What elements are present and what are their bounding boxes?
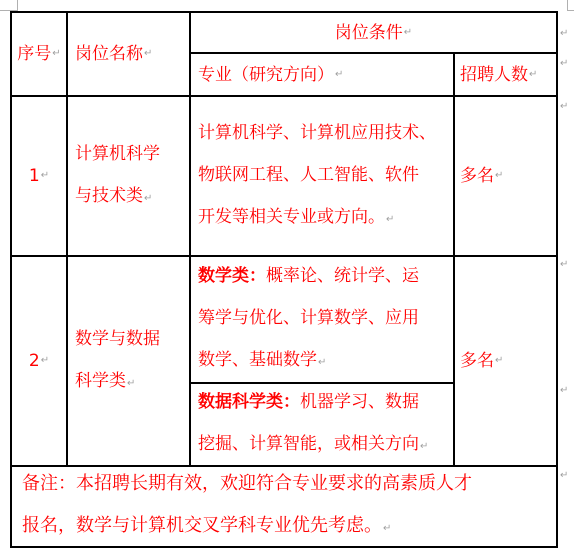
- header-position-name: 岗位名称↵: [75, 13, 189, 95]
- math-major-line: 数学、基础数学: [198, 350, 317, 370]
- paragraph-mark-icon: ↵: [144, 193, 152, 204]
- header-count-text: 招聘人数: [460, 54, 528, 96]
- header-major-text: 专业（研究方向）: [198, 54, 334, 96]
- row2-seq-text: 2: [29, 340, 40, 382]
- paragraph-mark-icon: ↵: [495, 155, 503, 197]
- table-line: [189, 11, 191, 467]
- paragraph-mark-icon: ↵: [404, 12, 412, 54]
- table-line: [453, 52, 455, 467]
- paragraph-mark-icon: ↵: [127, 378, 135, 389]
- row2-name-line2: 科学类: [75, 371, 126, 391]
- row2-name-line1: 数学与数据: [75, 318, 160, 360]
- paragraph-mark-icon: ↵: [41, 155, 49, 197]
- header-seq-text: 序号: [17, 33, 51, 75]
- row-end-mark-icon: ↵: [560, 259, 568, 270]
- header-conditions-text: 岗位条件: [335, 12, 403, 54]
- row2-major-math: 数学类：概率论、统计学、运 筹学与优化、计算数学、应用 数学、基础数学↵: [198, 257, 453, 382]
- header-count: 招聘人数↵: [460, 54, 556, 95]
- header-seq: 序号↵: [12, 13, 66, 95]
- row1-count-text: 多名: [460, 155, 494, 197]
- page-corner-mark-right: [567, 0, 574, 11]
- header-conditions: 岗位条件↵: [191, 13, 556, 52]
- datascience-category-label: 数据科学类：: [198, 392, 300, 412]
- row2-count-text: 多名: [460, 340, 494, 382]
- row-end-mark-icon: ↵: [560, 470, 568, 481]
- row-end-mark-icon: ↵: [560, 28, 568, 39]
- row2-count: 多名↵: [460, 257, 556, 465]
- paragraph-mark-icon: ↵: [383, 523, 391, 534]
- paragraph-mark-icon: ↵: [495, 340, 503, 382]
- math-category-label: 数学类：: [198, 266, 266, 286]
- row1-position-name: 计算机科学 与技术类↵: [75, 97, 189, 255]
- math-major-line: 筹学与优化、计算数学、应用: [198, 297, 419, 339]
- paragraph-mark-icon: ↵: [52, 33, 60, 75]
- row1-seq-text: 1: [29, 155, 40, 197]
- row2-major-datascience: 数据科学类：机器学习、数据 挖掘、计算智能，或相关方向↵: [198, 384, 453, 465]
- row-end-mark-icon: ↵: [560, 58, 568, 69]
- row1-name-line2: 与技术类: [75, 186, 143, 206]
- header-major: 专业（研究方向）↵: [198, 54, 453, 95]
- row1-major-line: 物联网工程、人工智能、软件: [198, 154, 436, 196]
- row-end-mark-icon: ↵: [560, 101, 568, 112]
- datascience-major-line: 挖掘、计算智能，或相关方向: [198, 434, 419, 454]
- header-position-name-text: 岗位名称: [75, 33, 143, 75]
- row1-count: 多名↵: [460, 97, 556, 255]
- datascience-major-line: 机器学习、数据: [300, 392, 419, 412]
- paragraph-mark-icon: ↵: [386, 214, 394, 225]
- paragraph-mark-icon: ↵: [529, 54, 537, 96]
- note-line1: 备注：本招聘长期有效，欢迎符合专业要求的高素质人才: [22, 463, 472, 505]
- math-major-line: 概率论、统计学、运: [266, 266, 419, 286]
- row2-position-name: 数学与数据 科学类↵: [75, 257, 189, 465]
- row1-major-line: 计算机科学、计算机应用技术、: [198, 112, 436, 154]
- paragraph-mark-icon: ↵: [144, 33, 152, 75]
- row1-major: 计算机科学、计算机应用技术、 物联网工程、人工智能、软件 开发等相关专业或方向。…: [198, 97, 453, 255]
- paragraph-mark-icon: ↵: [41, 340, 49, 382]
- note: 备注：本招聘长期有效，欢迎符合专业要求的高素质人才 报名，数学与计算机交叉学科专…: [22, 467, 556, 546]
- row1-major-line: 开发等相关专业或方向。: [198, 207, 385, 227]
- paragraph-mark-icon: ↵: [318, 357, 326, 368]
- row1-name-line1: 计算机科学: [75, 133, 160, 175]
- paragraph-mark-icon: ↵: [335, 54, 343, 96]
- page-corner-mark: [0, 0, 18, 11]
- row1-seq: 1↵: [12, 97, 66, 255]
- paragraph-mark-icon: ↵: [420, 441, 428, 452]
- note-line2: 报名，数学与计算机交叉学科专业优先考虑。: [22, 515, 382, 536]
- row2-seq: 2↵: [12, 257, 66, 465]
- table-border-right: [556, 11, 558, 548]
- table-line: [66, 11, 68, 467]
- row-end-mark-icon: ↵: [560, 385, 568, 396]
